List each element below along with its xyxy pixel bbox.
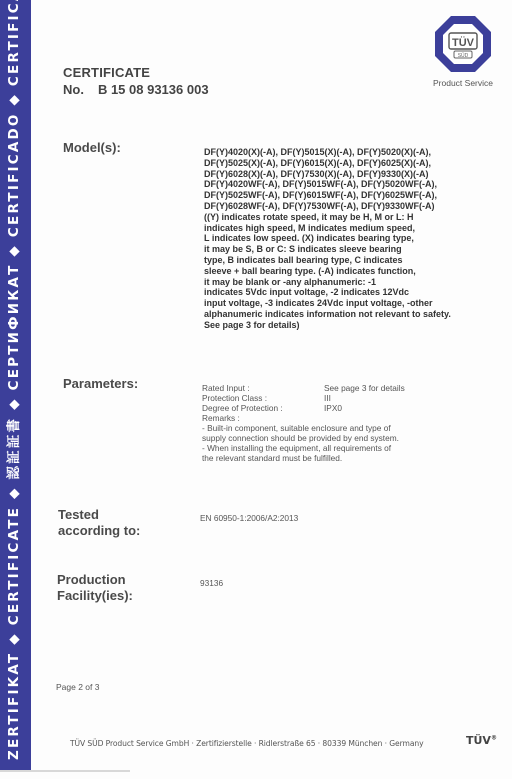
side-band-text: ZERTIFIKAT ◆ CERTIFICATE ◆ 認証証書 ◆ СЕРТИФ…	[2, 0, 22, 760]
production-facility: 93136	[200, 578, 223, 588]
models-list: DF(Y)4020(X)(-A), DF(Y)5015(X)(-A), DF(Y…	[204, 147, 484, 331]
param-value: IPX0	[324, 403, 342, 413]
model-line: sleeve + ball bearing type. (-A) indicat…	[204, 266, 484, 277]
model-line: indicates high speed, M indicates medium…	[204, 223, 484, 234]
model-line: DF(Y)4020WF(-A), DF(Y)5015WF(-A), DF(Y)5…	[204, 179, 484, 190]
certificate-title: CERTIFICATE	[63, 65, 150, 80]
model-line: DF(Y)6028(X)(-A), DF(Y)7530(X)(-A), DF(Y…	[204, 169, 484, 180]
remarks-line: - Built-in component, suitable enclosure…	[202, 423, 422, 433]
param-row-rated-input: Rated Input : See page 3 for details	[202, 383, 422, 393]
remarks-line: supply connection should be provided by …	[202, 433, 422, 443]
model-line: alphanumeric indicates information not r…	[204, 309, 484, 320]
model-line: input voltage, -3 indicates 24Vdc input …	[204, 298, 484, 309]
remarks-line: the relevant standard must be fulfilled.	[202, 453, 422, 463]
production-label-line2: Facility(ies):	[57, 588, 133, 604]
model-line: it may be S, B or C: S indicates sleeve …	[204, 244, 484, 255]
model-line: DF(Y)5025(X)(-A), DF(Y)6015(X)(-A), DF(Y…	[204, 158, 484, 169]
tested-label: Tested according to:	[58, 507, 140, 539]
registered-mark: ®	[491, 734, 497, 741]
page-number: Page 2 of 3	[56, 682, 99, 692]
logo-caption: Product Service	[430, 78, 496, 88]
svg-text:TÜV: TÜV	[452, 36, 475, 49]
certificate-number: No.B 15 08 93136 003	[63, 82, 209, 97]
model-line: type, B indicates ball bearing type, C i…	[204, 255, 484, 266]
production-label-line1: Production	[57, 572, 133, 588]
tested-label-line1: Tested	[58, 507, 140, 523]
param-row-degree-of-protection: Degree of Protection : IPX0	[202, 403, 422, 413]
model-line: ((Y) indicates rotate speed, it may be H…	[204, 212, 484, 223]
svg-text:SÜD: SÜD	[458, 52, 469, 59]
footer-logo-text: TÜV	[466, 734, 491, 747]
model-line: DF(Y)4020(X)(-A), DF(Y)5015(X)(-A), DF(Y…	[204, 147, 484, 158]
model-line: it may be blank or -any alphanumeric: -1	[204, 277, 484, 288]
model-line: See page 3 for details)	[204, 320, 484, 331]
certificate-side-band: ZERTIFIKAT ◆ CERTIFICATE ◆ 認証証書 ◆ СЕРТИФ…	[0, 0, 31, 770]
production-label: Production Facility(ies):	[57, 572, 133, 604]
certificate-number-label: No.	[63, 82, 84, 97]
param-key: Protection Class :	[202, 393, 324, 403]
model-line: L indicates low speed. (X) indicates bea…	[204, 233, 484, 244]
param-row-protection-class: Protection Class : III	[202, 393, 422, 403]
footer-tuv-logo: TÜV®	[466, 734, 497, 747]
param-key: Degree of Protection :	[202, 403, 324, 413]
model-line: DF(Y)5025WF(-A), DF(Y)6015WF(-A), DF(Y)6…	[204, 190, 484, 201]
parameters-label: Parameters:	[63, 376, 138, 392]
tuv-octagon-icon: TÜV SÜD	[434, 15, 492, 73]
tested-label-line2: according to:	[58, 523, 140, 539]
certificate-number-value: B 15 08 93136 003	[98, 82, 209, 97]
page-edge-shadow	[0, 770, 130, 772]
footer-address: TÜV SÜD Product Service GmbH · Zertifizi…	[70, 739, 423, 748]
param-key: Rated Input :	[202, 383, 324, 393]
tuv-sud-logo: TÜV SÜD Product Service	[430, 15, 496, 88]
model-line: DF(Y)6028WF(-A), DF(Y)7530WF(-A), DF(Y)9…	[204, 201, 484, 212]
models-label: Model(s):	[63, 140, 121, 156]
model-line: indicates 5Vdc input voltage, -2 indicat…	[204, 287, 484, 298]
param-value: See page 3 for details	[324, 383, 405, 393]
param-value: III	[324, 393, 331, 403]
parameters-block: Rated Input : See page 3 for details Pro…	[202, 383, 422, 463]
remarks-label: Remarks :	[202, 413, 422, 423]
remarks-line: - When installing the equipment, all req…	[202, 443, 422, 453]
tested-standard: EN 60950-1:2006/A2:2013	[200, 513, 298, 523]
